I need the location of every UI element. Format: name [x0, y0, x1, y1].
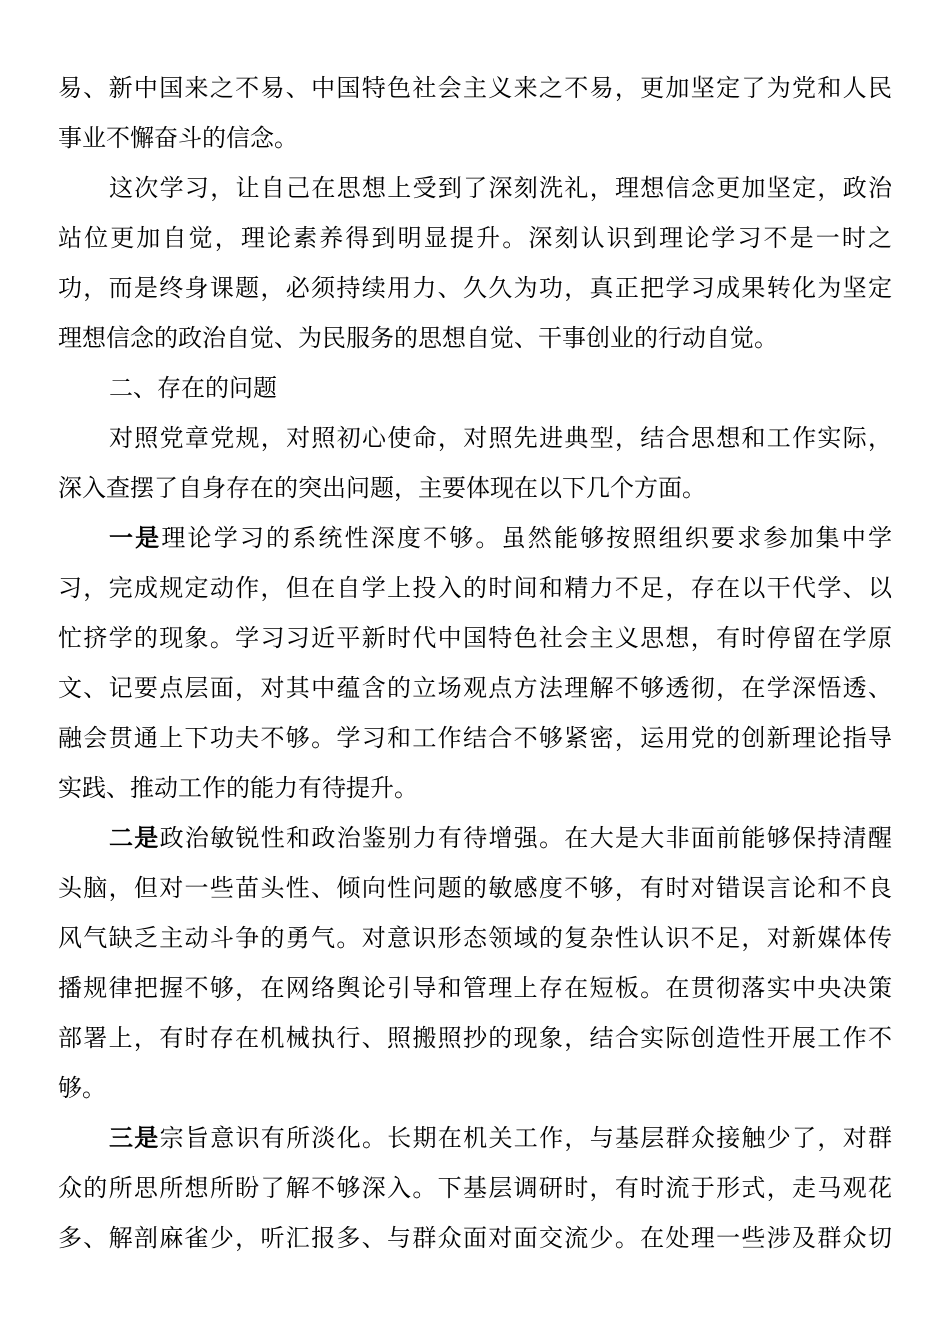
paragraph-continuation: 易、新中国来之不易、中国特色社会主义来之不易，更加坚定了为党和人民 事业不懈奋斗… [58, 63, 892, 163]
text-line: 三是宗旨意识有所淡化。长期在机关工作，与基层群众接触少了，对群 [58, 1113, 892, 1163]
text-line: 这次学习，让自己在思想上受到了深刻洗礼，理想信念更加坚定，政治 [58, 163, 892, 213]
section-heading-text: 二、存在的问题 [58, 363, 892, 413]
text-line: 一是理论学习的系统性深度不够。虽然能够按照组织要求参加集中学 [58, 513, 892, 563]
issue-lead-label: 二是 [109, 824, 160, 852]
text-line: 播规律把握不够，在网络舆论引导和管理上存在短板。在贯彻落实中央决策 [58, 963, 892, 1013]
text-line: 习，完成规定动作，但在自学上投入的时间和精力不足，存在以干代学、以 [58, 563, 892, 613]
issue-lead-label: 一是 [109, 524, 161, 552]
text-line: 风气缺乏主动斗争的勇气。对意识形态领域的复杂性认识不足，对新媒体传 [58, 913, 892, 963]
text-line: 实践、推动工作的能力有待提升。 [58, 763, 892, 813]
issue-lead-label: 三是 [109, 1124, 160, 1152]
paragraph-issue-3: 三是宗旨意识有所淡化。长期在机关工作，与基层群众接触少了，对群 众的所思所想所盼… [58, 1113, 892, 1263]
text-line: 头脑，但对一些苗头性、倾向性问题的敏感度不够，有时对错误言论和不良 [58, 863, 892, 913]
text-segment: 政治敏锐性和政治鉴别力有待增强。在大是大非面前能够保持清醒 [160, 824, 892, 852]
text-line: 够。 [58, 1063, 892, 1113]
paragraph-study-effect: 这次学习，让自己在思想上受到了深刻洗礼，理想信念更加坚定，政治 站位更加自觉，理… [58, 163, 892, 363]
text-line: 融会贯通上下功夫不够。学习和工作结合不够紧密，运用党的创新理论指导 [58, 713, 892, 763]
paragraph-issue-2: 二是政治敏锐性和政治鉴别力有待增强。在大是大非面前能够保持清醒 头脑，但对一些苗… [58, 813, 892, 1113]
text-line: 二是政治敏锐性和政治鉴别力有待增强。在大是大非面前能够保持清醒 [58, 813, 892, 863]
section-heading: 二、存在的问题 [58, 363, 892, 413]
text-line: 对照党章党规，对照初心使命，对照先进典型，结合思想和工作实际， [58, 413, 892, 463]
text-line: 事业不懈奋斗的信念。 [58, 113, 892, 163]
document-page: 易、新中国来之不易、中国特色社会主义来之不易，更加坚定了为党和人民 事业不懈奋斗… [58, 63, 892, 1263]
text-segment: 宗旨意识有所淡化。长期在机关工作，与基层群众接触少了，对群 [160, 1124, 892, 1152]
text-line: 深入查摆了自身存在的突出问题，主要体现在以下几个方面。 [58, 463, 892, 513]
paragraph-section-intro: 对照党章党规，对照初心使命，对照先进典型，结合思想和工作实际， 深入查摆了自身存… [58, 413, 892, 513]
text-line: 文、记要点层面，对其中蕴含的立场观点方法理解不够透彻，在学深悟透、 [58, 663, 892, 713]
text-line: 站位更加自觉，理论素养得到明显提升。深刻认识到理论学习不是一时之 [58, 213, 892, 263]
text-line: 部署上，有时存在机械执行、照搬照抄的现象，结合实际创造性开展工作不 [58, 1013, 892, 1063]
text-line: 众的所思所想所盼了解不够深入。下基层调研时，有时流于形式，走马观花 [58, 1163, 892, 1213]
text-line: 理想信念的政治自觉、为民服务的思想自觉、干事创业的行动自觉。 [58, 313, 892, 363]
text-line: 多、解剖麻雀少，听汇报多、与群众面对面交流少。在处理一些涉及群众切 [58, 1213, 892, 1263]
paragraph-issue-1: 一是理论学习的系统性深度不够。虽然能够按照组织要求参加集中学 习，完成规定动作，… [58, 513, 892, 813]
text-line: 易、新中国来之不易、中国特色社会主义来之不易，更加坚定了为党和人民 [58, 63, 892, 113]
text-segment: 理论学习的系统性深度不够。虽然能够按照组织要求参加集中学 [161, 524, 892, 552]
text-line: 功，而是终身课题，必须持续用力、久久为功，真正把学习成果转化为坚定 [58, 263, 892, 313]
text-line: 忙挤学的现象。学习习近平新时代中国特色社会主义思想，有时停留在学原 [58, 613, 892, 663]
